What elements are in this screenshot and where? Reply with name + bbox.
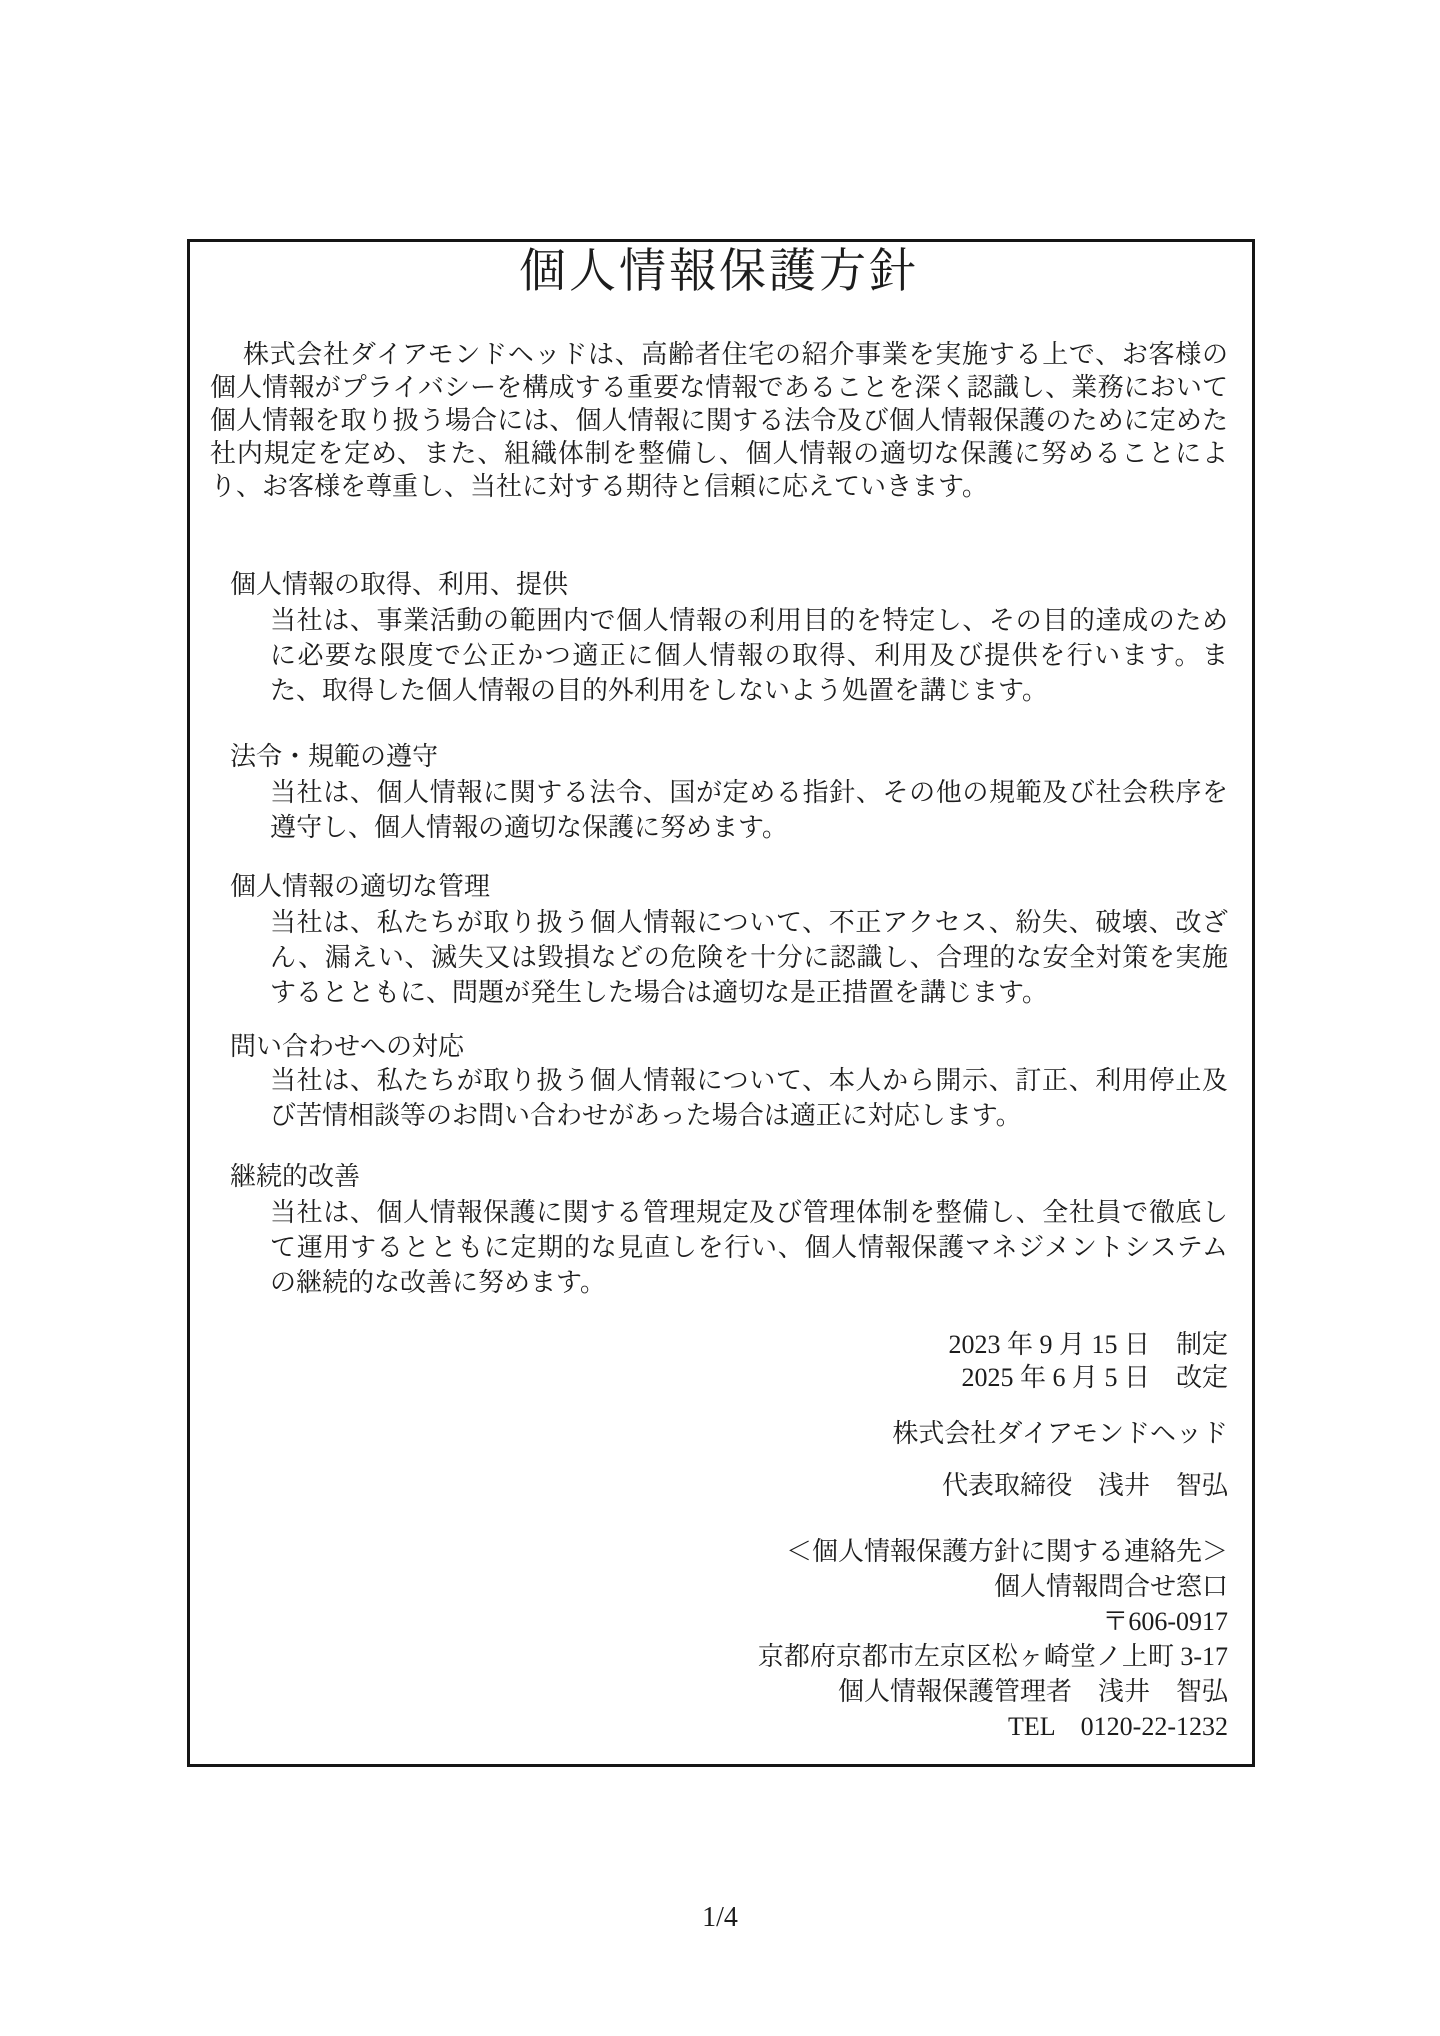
contact-manager-line: 個人情報保護管理者 浅井 智弘 xyxy=(210,1674,1228,1709)
contact-postal-code-line: 〒606-0917 xyxy=(210,1604,1228,1639)
section-heading: 問い合わせへの対応 xyxy=(230,1030,1228,1063)
contact-address-line: 京都府京都市左京区松ヶ崎堂ノ上町 3-17 xyxy=(210,1639,1228,1674)
contact-heading: ＜個人情報保護方針に関する連絡先＞ xyxy=(210,1534,1228,1569)
section-body: 当社は、個人情報保護に関する管理規定及び管理体制を整備し、全社員で徹底して運用す… xyxy=(270,1195,1228,1300)
revision-date-line: 2025 年 6 月 5 日 改定 xyxy=(210,1361,1228,1394)
intro-paragraph: 株式会社ダイアモンドヘッドは、高齢者住宅の紹介事業を実施する上で、お客様の個人情… xyxy=(210,338,1228,503)
policy-document-frame: 個人情報保護方針 株式会社ダイアモンドヘッドは、高齢者住宅の紹介事業を実施する上… xyxy=(187,239,1255,1767)
section-body: 当社は、事業活動の範囲内で個人情報の利用目的を特定し、その目的達成のために必要な… xyxy=(270,603,1228,708)
section-proper-management: 個人情報の適切な管理 当社は、私たちが取り扱う個人情報について、不正アクセス、紛… xyxy=(210,870,1228,1010)
contact-tel-line: TEL 0120-22-1232 xyxy=(210,1709,1228,1744)
page-number: 1/4 xyxy=(0,1903,1440,1933)
document-title: 個人情報保護方針 xyxy=(210,247,1228,297)
section-body: 当社は、個人情報に関する法令、国が定める指針、その他の規範及び社会秩序を遵守し、… xyxy=(270,775,1228,845)
contact-block: ＜個人情報保護方針に関する連絡先＞ 個人情報問合せ窓口 〒606-0917 京都… xyxy=(210,1534,1228,1744)
section-acquisition-use-provision: 個人情報の取得、利用、提供 当社は、事業活動の範囲内で個人情報の利用目的を特定し… xyxy=(210,568,1228,708)
representative-name: 代表取締役 浅井 智弘 xyxy=(210,1472,1228,1500)
revision-dates: 2023 年 9 月 15 日 制定 2025 年 6 月 5 日 改定 xyxy=(210,1328,1228,1394)
section-body: 当社は、私たちが取り扱う個人情報について、本人から開示、訂正、利用停止及び苦情相… xyxy=(270,1063,1228,1133)
enactment-date-line: 2023 年 9 月 15 日 制定 xyxy=(210,1328,1228,1361)
contact-desk-line: 個人情報問合せ窓口 xyxy=(210,1569,1228,1604)
section-continuous-improvement: 継続的改善 当社は、個人情報保護に関する管理規定及び管理体制を整備し、全社員で徹… xyxy=(210,1160,1228,1300)
section-body: 当社は、私たちが取り扱う個人情報について、不正アクセス、紛失、破壊、改ざん、漏え… xyxy=(270,905,1228,1010)
section-heading: 個人情報の適切な管理 xyxy=(230,870,1228,903)
section-heading: 継続的改善 xyxy=(230,1160,1228,1193)
company-name: 株式会社ダイアモンドヘッド xyxy=(210,1420,1228,1448)
section-law-compliance: 法令・規範の遵守 当社は、個人情報に関する法令、国が定める指針、その他の規範及び… xyxy=(210,740,1228,845)
section-inquiry-response: 問い合わせへの対応 当社は、私たちが取り扱う個人情報について、本人から開示、訂正… xyxy=(210,1030,1228,1133)
section-heading: 法令・規範の遵守 xyxy=(230,740,1228,773)
section-heading: 個人情報の取得、利用、提供 xyxy=(230,568,1228,601)
document-page: 個人情報保護方針 株式会社ダイアモンドヘッドは、高齢者住宅の紹介事業を実施する上… xyxy=(0,0,1440,2036)
